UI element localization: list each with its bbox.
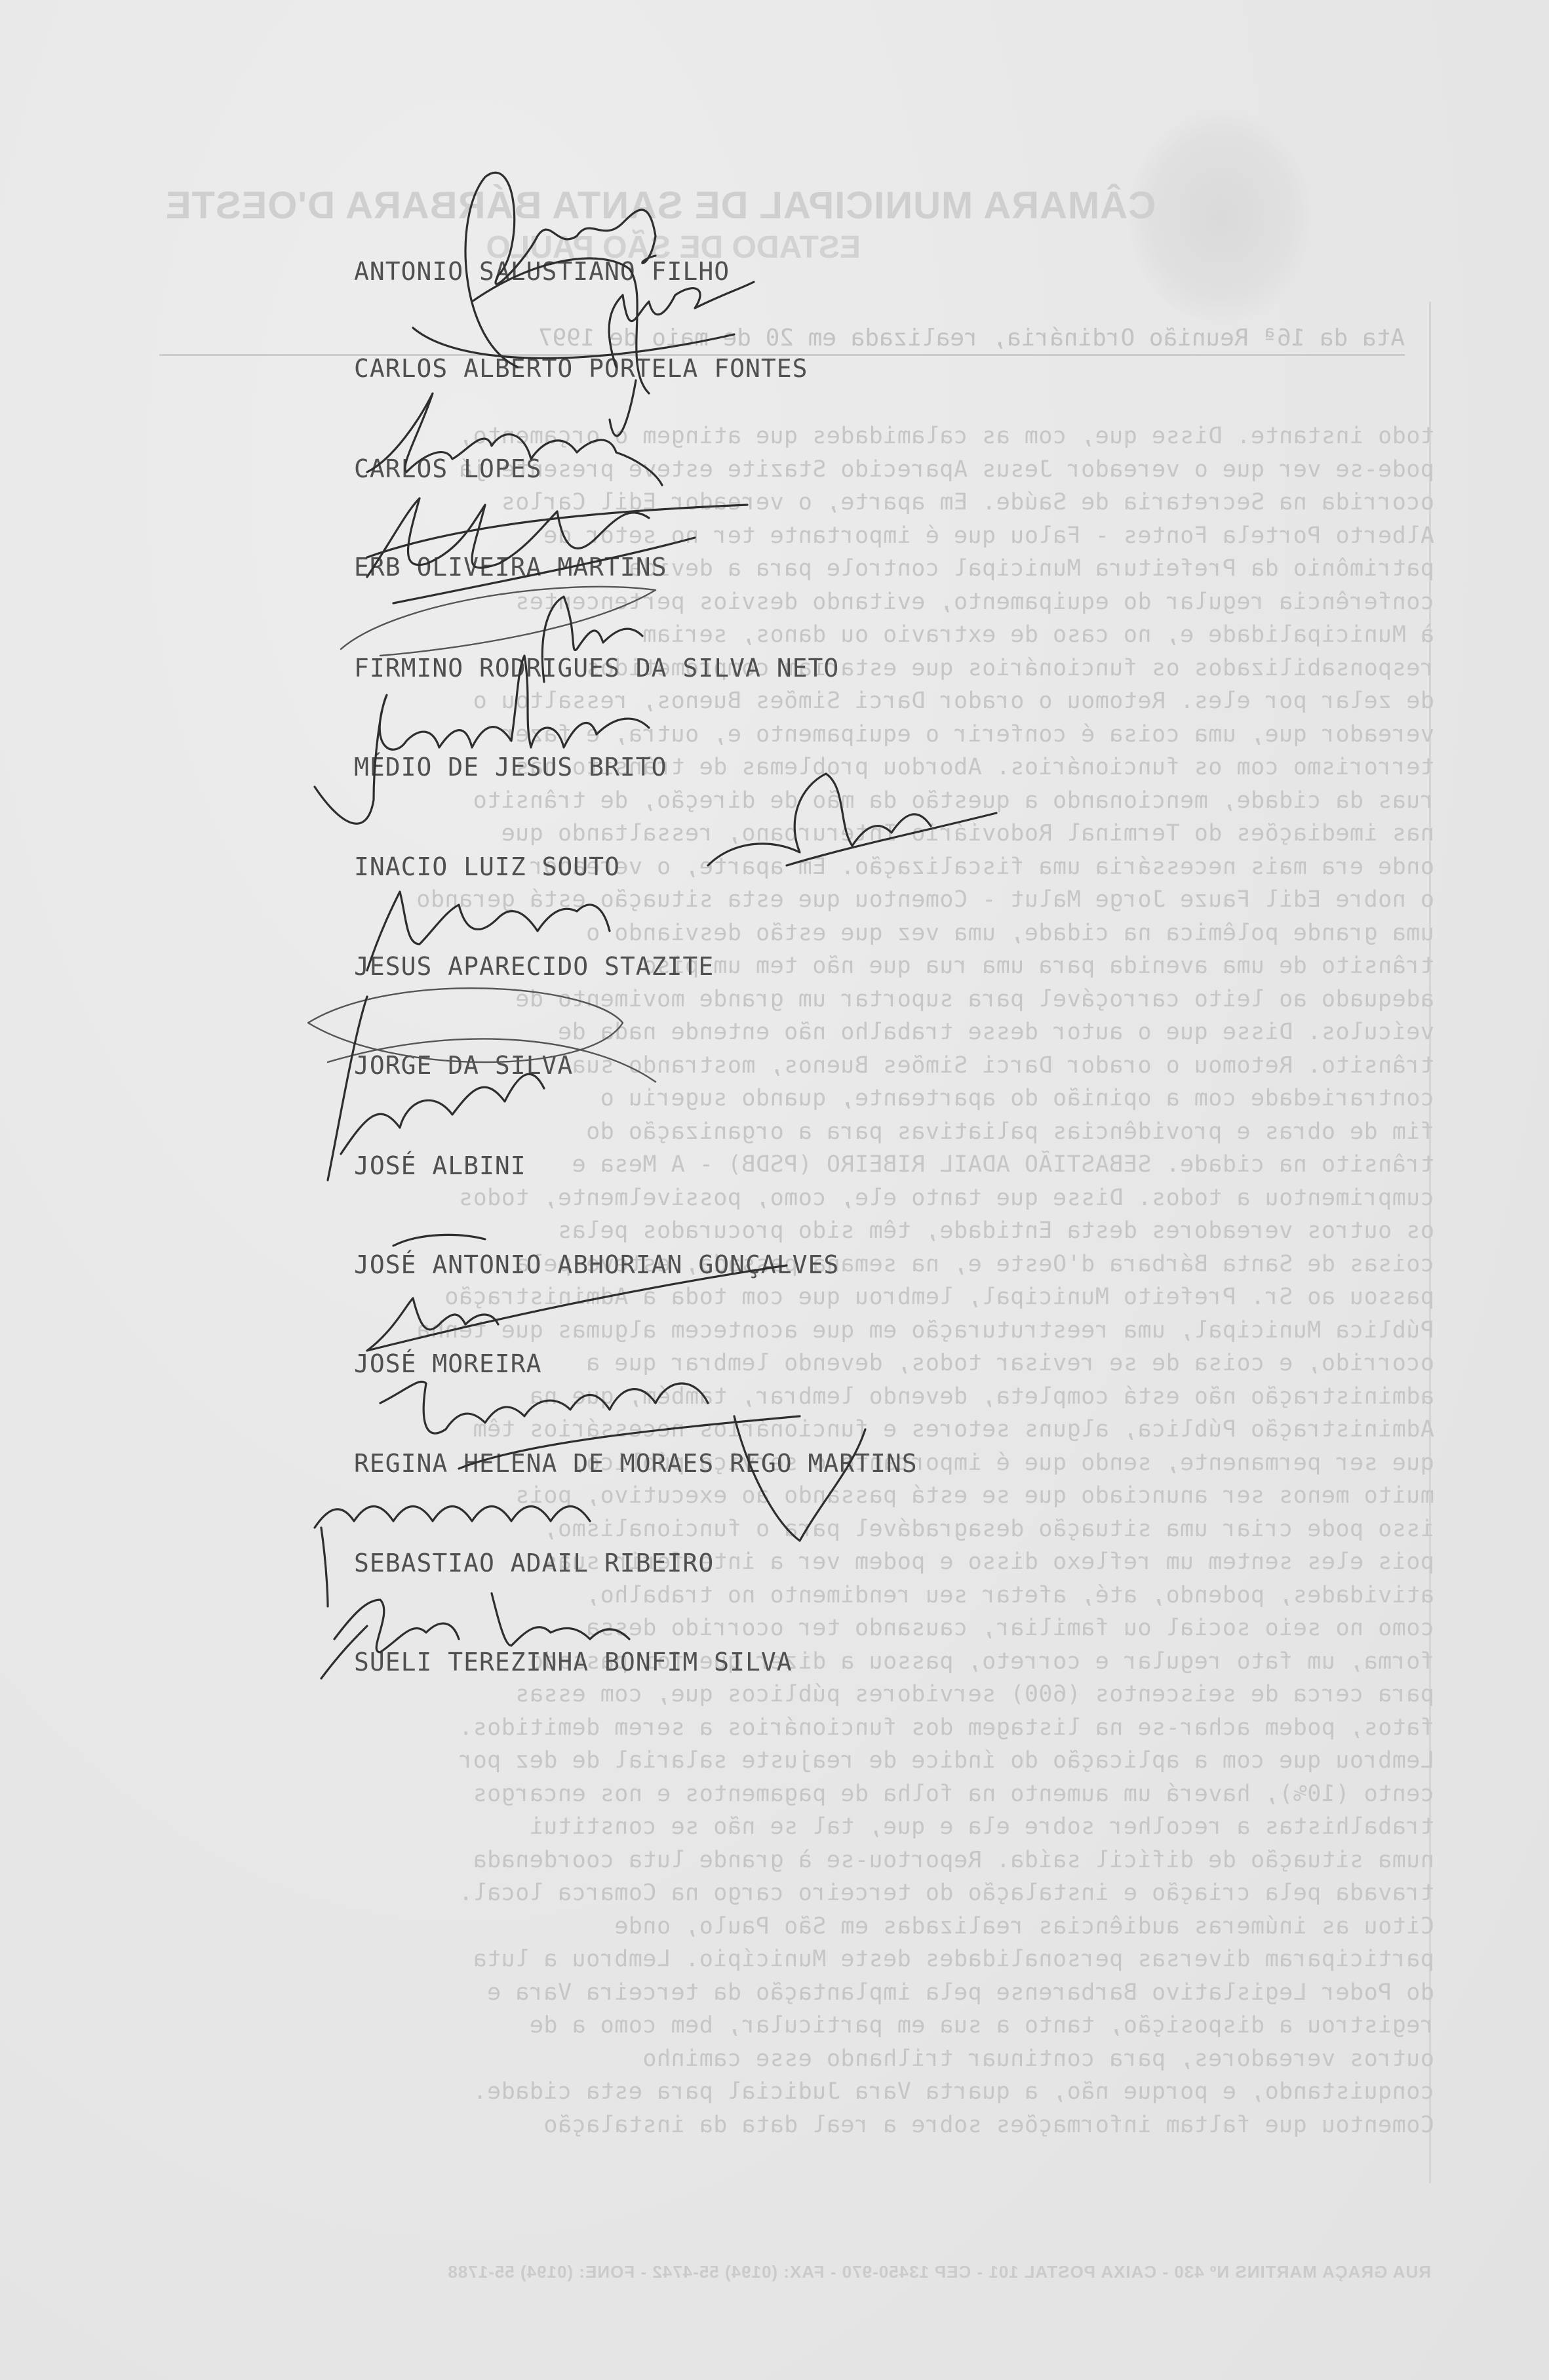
signatory-name: REGINA HELENA DE MORAES REGO MARTINS <box>354 1449 918 1478</box>
signatory-name: SEBASTIAO ADAIL RIBEIRO <box>354 1549 714 1577</box>
signatory-name: CARLOS ALBERTO PORTELA FONTES <box>354 354 808 383</box>
signatory-name: JOSÉ ANTONIO ABHORIAN GONÇALVES <box>354 1250 839 1279</box>
signatory-name: MÉDIO DE JESUS BRITO <box>354 753 667 782</box>
signatory-name: JESUS APARECIDO STAZITE <box>354 952 714 981</box>
signatory-name: JOSÉ MOREIRA <box>354 1349 542 1378</box>
signatory-name: FIRMINO RODRIGUES DA SILVA NETO <box>354 654 839 683</box>
signatory-name: ERB OLIVEIRA MARTINS <box>354 553 667 582</box>
signatory-name: ANTONIO SALUSTIANO FILHO <box>354 257 730 286</box>
signatory-name: JORGE DA SILVA <box>354 1051 573 1080</box>
signatory-name: JOSÉ ALBINI <box>354 1151 526 1180</box>
signatory-name: INACIO LUIZ SOUTO <box>354 852 620 881</box>
signatory-name: CARLOS LOPES <box>354 454 542 483</box>
signatory-name: SUELI TEREZINHA BONFIM SILVA <box>354 1648 793 1676</box>
